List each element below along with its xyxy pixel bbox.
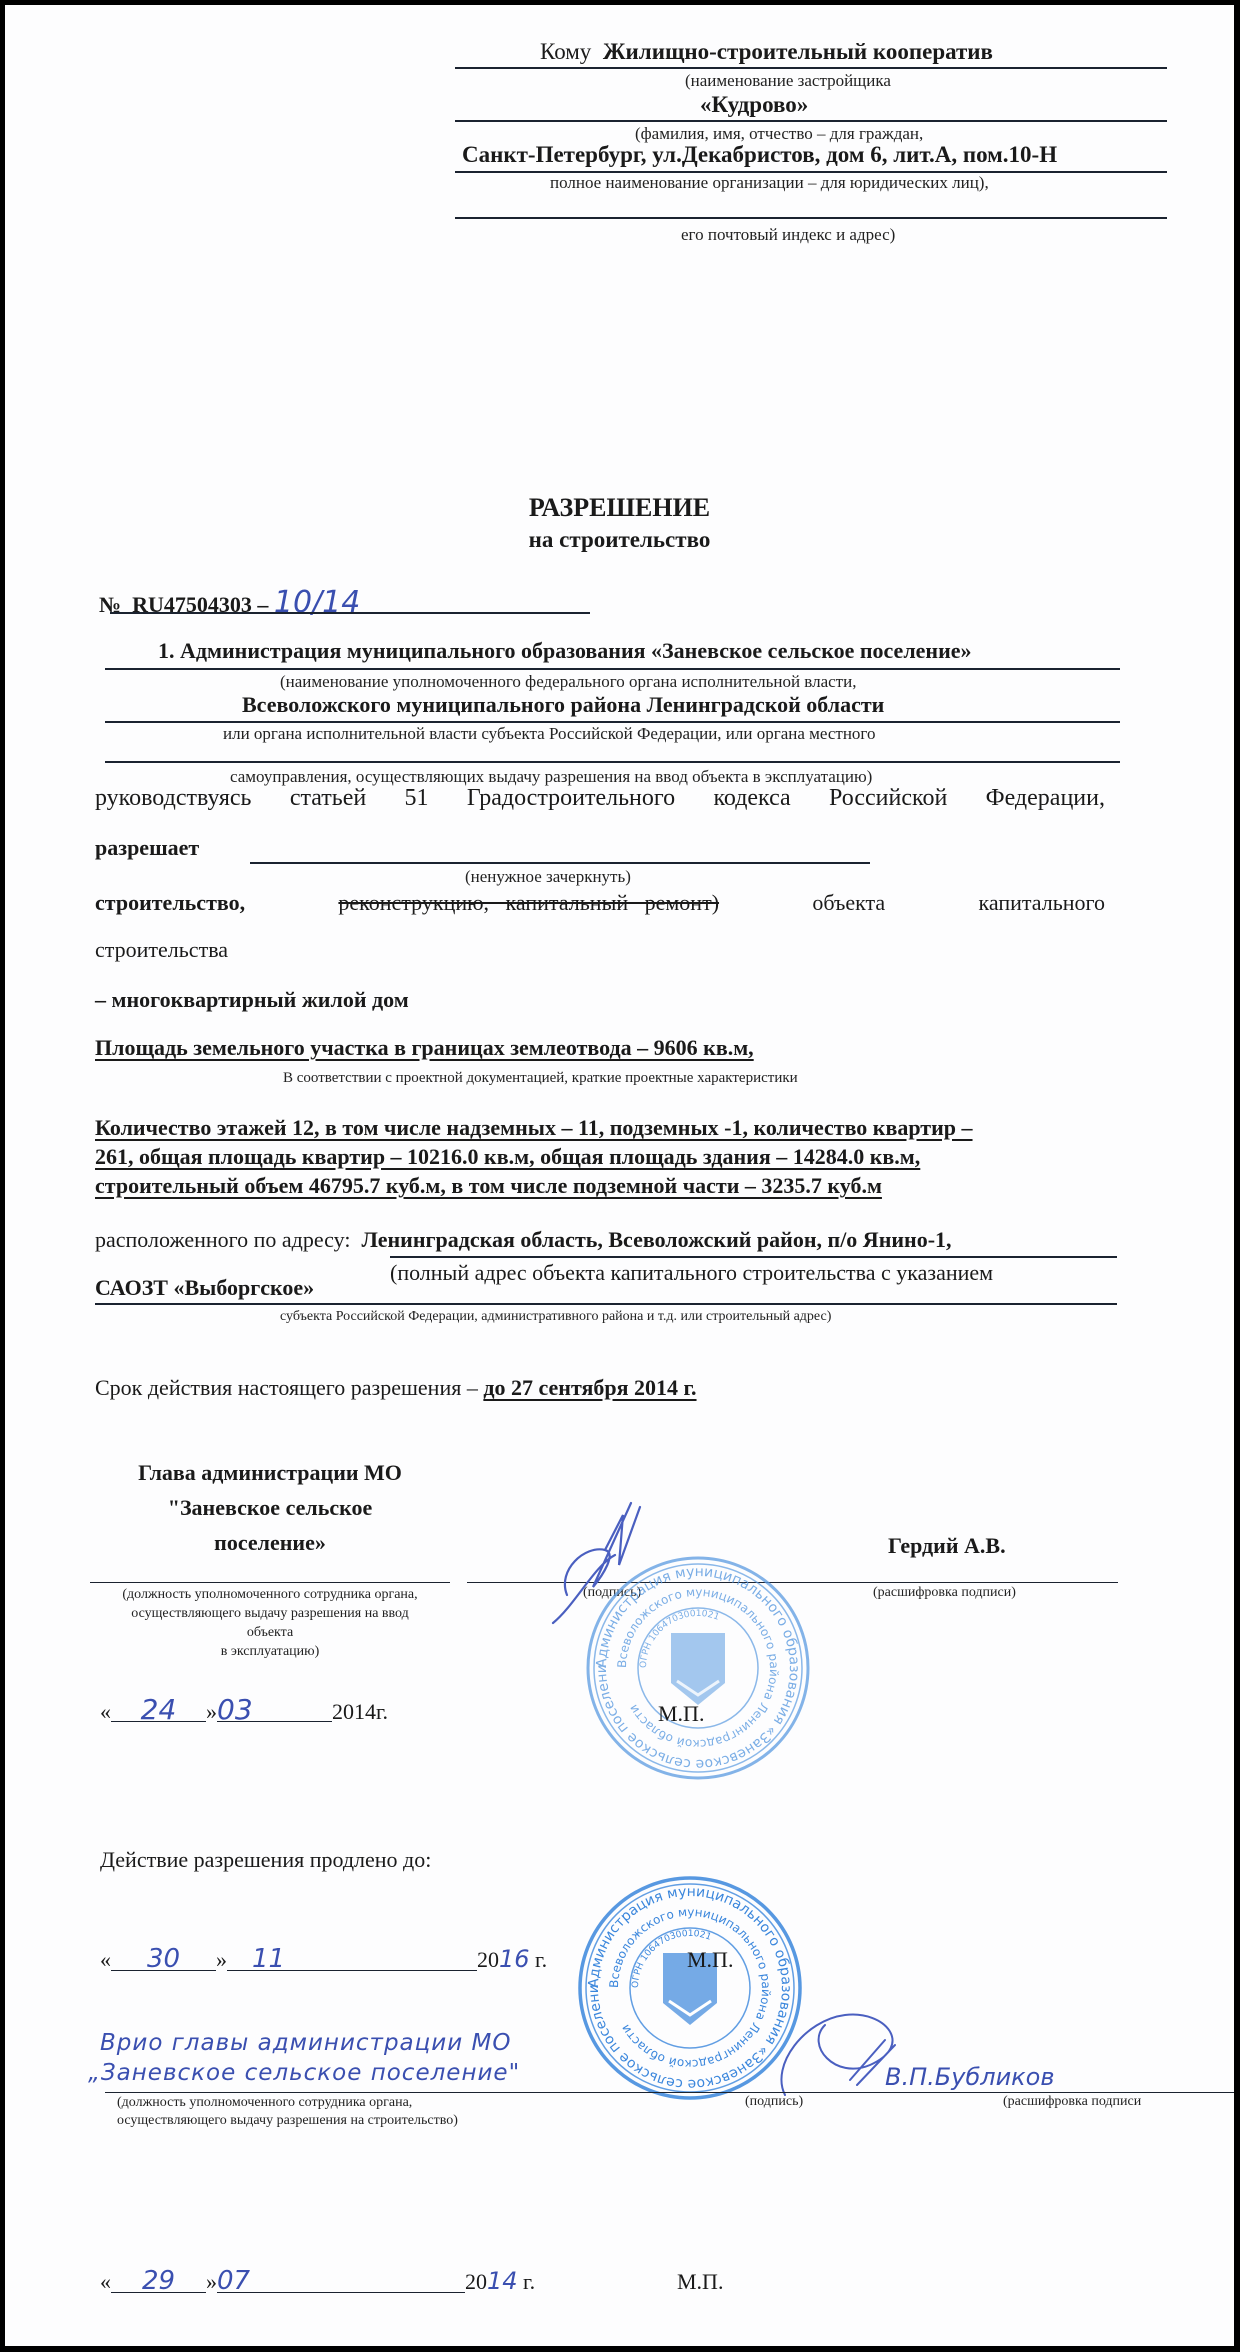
address-rule-1 (390, 1256, 1117, 1258)
validity-label: Срок действия настоящего разрешения – (95, 1375, 478, 1400)
basis-word: Российской (829, 785, 947, 812)
basis-word: руководствуясь (95, 785, 252, 812)
signer-name: Гердий А.В. (888, 1533, 1006, 1559)
sig1-name-caption: (расшифровка подписи) (873, 1585, 1016, 1601)
address-rule-2 (95, 1303, 1117, 1305)
address-caption-2: субъекта Российской Федерации, администр… (280, 1309, 831, 1325)
caption-line: объекта (90, 1623, 450, 1642)
work-struck-out: реконструкцию, капитальный ремонт) (338, 890, 719, 916)
characteristics-line-3: строительный объем 46795.7 куб.м, в том … (95, 1173, 882, 1199)
quote-open: « (100, 1947, 111, 1972)
sig1-position-rule (90, 1582, 450, 1583)
authority-district: Всеволожского муниципального района Лени… (242, 692, 884, 718)
address-label: расположенного по адресу: (95, 1227, 350, 1252)
authority-rule-1 (105, 668, 1120, 670)
caption-line: (должность уполномоченного сотрудника ор… (90, 1585, 450, 1604)
caption-line: (должность уполномоченного сотрудника ор… (117, 2094, 458, 2112)
seal-placeholder: М.П. (658, 1701, 704, 1727)
signer-position-3: поселение» (100, 1530, 440, 1556)
validity-line: Срок действия настоящего разрешения – до… (95, 1375, 697, 1401)
permits-label: разрешает (95, 835, 199, 861)
extension-position-caption: (должность уполномоченного сотрудника ор… (117, 2094, 458, 2130)
year-suffix: г. (535, 1947, 547, 1972)
authority-rule-2 (105, 721, 1120, 723)
extension-position-hand-1: Врио главы администрации МО (100, 2030, 511, 2056)
quote-open: « (100, 1699, 111, 1724)
object-type: – многоквартирный жилой дом (95, 987, 409, 1013)
signer-position-1: Глава администрации МО (100, 1460, 440, 1486)
works-word: капитального (979, 890, 1105, 916)
year-suffix: г. (523, 2269, 535, 2294)
address-value-1: Ленинградская область, Всеволожский райо… (361, 1227, 951, 1252)
authority-caption-1: (наименование уполномоченного федерально… (280, 672, 856, 692)
date-year: 2014г. (332, 1699, 388, 1724)
sig1-name-rule (793, 1582, 1118, 1583)
extension-name-caption: (расшифровка подписи (1003, 2094, 1141, 2110)
work-construction: строительство, (95, 890, 245, 916)
works-line-2: строительства (95, 937, 228, 963)
basis-word: статьей (290, 785, 366, 812)
extension-label: Действие разрешения продлено до: (100, 1847, 431, 1873)
works-line: строительство, реконструкцию, капитальны… (95, 890, 1105, 916)
extension-signer-name: В.П.Бубликов (885, 2063, 1055, 2091)
quote-close: » (206, 1699, 217, 1724)
recipient-name-part2: «Кудрово» (700, 92, 808, 118)
recipient-caption-4: его почтовый индекс и адрес) (681, 225, 895, 245)
seal-placeholder: М.П. (687, 1947, 733, 1973)
address-value-2: САОЗТ «Выборгское» (95, 1275, 314, 1301)
recipient-caption-2: (фамилия, имя, отчество – для граждан, (635, 124, 923, 144)
recipient-line1: Кому Жилищно-строительный кооператив (540, 39, 993, 65)
date-month: 03 (217, 1699, 332, 1722)
basis-word: 51 (405, 785, 429, 812)
seal-placeholder: М.П. (677, 2269, 723, 2295)
quote-close: » (206, 2269, 217, 2294)
sig1-position-caption: (должность уполномоченного сотрудника ор… (90, 1585, 450, 1661)
extension-date-2: «29»072014 г. (100, 2267, 535, 2295)
to-label: Кому (540, 39, 591, 64)
sig1-date: «24»032014г. (100, 1699, 388, 1725)
document-page: Кому Жилищно-строительный кооператив (на… (5, 5, 1234, 2346)
caption-line: осуществляющего выдачу разрешения на вво… (90, 1604, 450, 1623)
date-month: 07 (217, 2270, 465, 2293)
date-day: 29 (111, 2270, 206, 2293)
address-line-1: расположенного по адресу: Ленинградская … (95, 1227, 952, 1253)
document-subtitle: на строительство (5, 527, 1234, 553)
land-area: Площадь земельного участка в границах зе… (95, 1035, 754, 1061)
year-handwritten: 16 (499, 1945, 530, 1973)
recipient-name-part1: Жилищно-строительный кооператив (603, 39, 993, 64)
address-caption-1: (полный адрес объекта капитального строи… (390, 1260, 993, 1286)
official-stamp-icon: Администрация муниципального образования… (583, 1553, 813, 1783)
date-day: 30 (111, 1948, 216, 1971)
caption-line: осуществляющего выдачу разрешения на стр… (117, 2112, 458, 2130)
extension-date: «30»112016 г. (100, 1945, 547, 1973)
date-day: 24 (111, 1699, 206, 1722)
authority-rule-3 (105, 761, 1120, 763)
basis-word: Градостроительного (467, 785, 675, 812)
year-prefix: 20 (477, 1947, 499, 1972)
quote-close: » (216, 1947, 227, 1972)
authority-name: 1. Администрация муниципального образова… (158, 638, 972, 664)
year-handwritten: 14 (487, 2267, 518, 2295)
permits-caption: (ненужное зачеркнуть) (465, 867, 631, 887)
document-title: РАЗРЕШЕНИЕ (5, 493, 1234, 523)
recipient-rule-4 (455, 217, 1167, 219)
recipient-address: Санкт-Петербург, ул.Декабристов, дом 6, … (462, 142, 1057, 168)
recipient-rule-1 (455, 67, 1167, 69)
number-rule (110, 612, 590, 614)
signer-position-2: "Заневское сельское (100, 1495, 440, 1521)
characteristics-caption: В соответствии с проектной документацией… (283, 1070, 798, 1087)
works-word: объекта (812, 890, 885, 916)
recipient-caption-3: полное наименование организации – для юр… (550, 173, 989, 193)
extension-signature-caption: (подпись) (745, 2094, 803, 2110)
year-prefix: 20 (465, 2269, 487, 2294)
basis-word: кодекса (713, 785, 790, 812)
basis-line: руководствуясь статьей 51 Градостроитель… (95, 785, 1105, 812)
extension-sign-rule (105, 2092, 1234, 2093)
authority-caption-3: самоуправления, осуществляющих выдачу ра… (230, 767, 872, 787)
permit-number: № RU47504303 – 10/14 (99, 585, 360, 620)
characteristics-line-1: Количество этажей 12, в том числе надзем… (95, 1115, 973, 1141)
quote-open: « (100, 2269, 111, 2294)
date-month: 11 (227, 1948, 477, 1971)
extension-position-hand-2: „Заневское сельское поселение" (88, 2060, 520, 2086)
recipient-caption-1: (наименование застройщика (685, 71, 891, 91)
recipient-rule-2 (455, 120, 1167, 122)
validity-date: до 27 сентября 2014 г. (483, 1375, 696, 1400)
characteristics-line-2: 261, общая площадь квартир – 10216.0 кв.… (95, 1144, 920, 1170)
number-handwritten: 10/14 (274, 585, 360, 620)
basis-word: Федерации, (986, 785, 1105, 812)
permits-rule (250, 862, 870, 864)
caption-line: в эксплуатацию) (90, 1642, 450, 1661)
authority-caption-2: или органа исполнительной власти субъект… (223, 724, 875, 744)
